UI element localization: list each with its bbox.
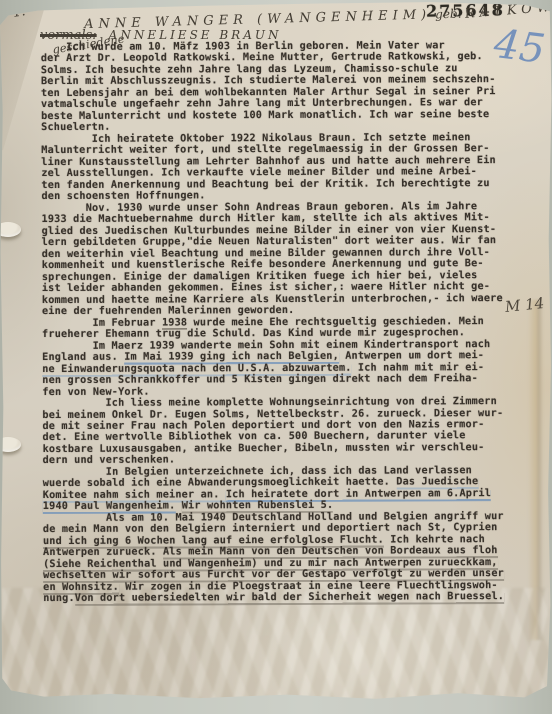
title-maiden-name: RATKOWSKI xyxy=(465,0,552,22)
punch-hole xyxy=(0,222,21,237)
former-name: ANNELIESE BRAUN xyxy=(109,28,282,42)
page-number: 1. xyxy=(12,4,26,21)
typed-line: nen grossen Schrankkoffer und 5 Kisten g… xyxy=(42,373,528,387)
scanned-document-photo: 1. 275648 ANNE WANGER (WANGENHEIM) geb. … xyxy=(0,0,552,714)
document-page: 1. 275648 ANNE WANGER (WANGENHEIM) geb. … xyxy=(0,0,552,703)
typed-line: nung.Von dort uebersiedelten wir bald de… xyxy=(43,591,529,605)
title-geb: geb. xyxy=(435,7,462,22)
typed-body: Ich wurde am 10. Mäfz 1903 in Berlin geb… xyxy=(41,40,529,605)
punch-hole xyxy=(0,437,21,452)
paper-crumple-texture xyxy=(2,588,550,703)
